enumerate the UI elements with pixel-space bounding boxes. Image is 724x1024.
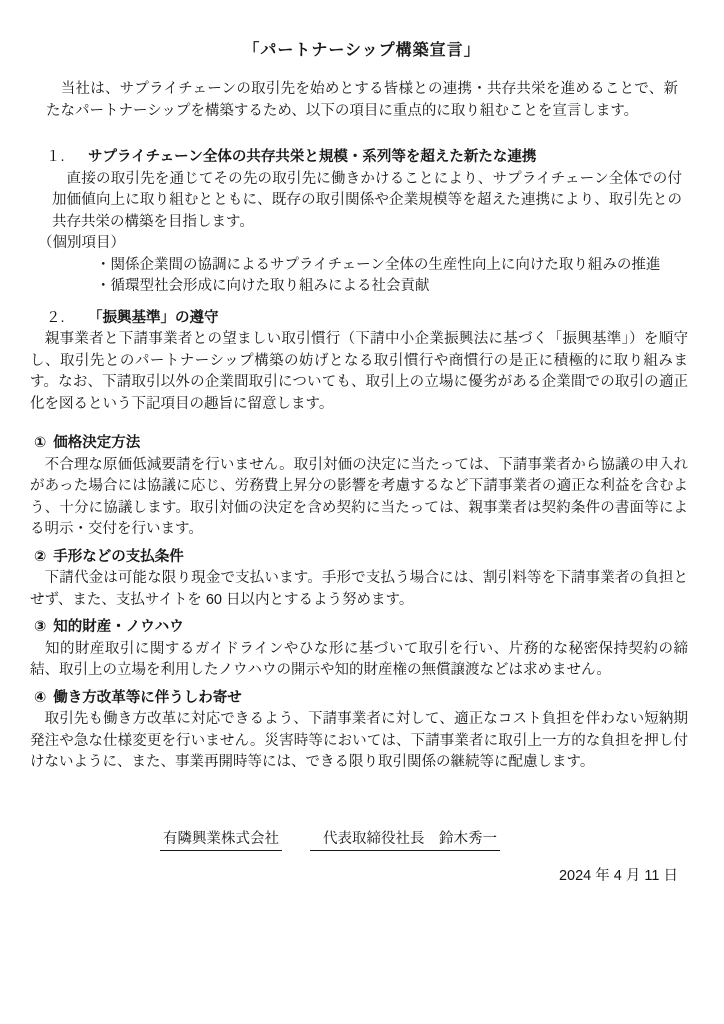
section-1-title: サプライチェーン全体の共存共栄と規模・系列等を超えた新たな連携 <box>88 147 536 169</box>
intro-paragraph: 当社は、サプライチェーンの取引先を始めとする皆様との連携・共存共栄を進めることで… <box>46 79 678 122</box>
page-title: 「パートナーシップ構築宣言」 <box>46 39 678 63</box>
item-1-body: 不合理な原価低減要請を行いません。取引対価の決定に当たっては、下請事業者から協議… <box>30 455 688 541</box>
item-3-heading: ③ 知的財産・ノウハウ <box>34 617 678 639</box>
bullet-item-1: ・関係企業間の協調によるサプライチェーン全体の生産性向上に向けた取り組みの推進 <box>96 255 678 277</box>
item-1-heading: ① 価格決定方法 <box>34 433 678 455</box>
signature-representative: 代表取締役社長 鈴木秀一 <box>310 828 500 851</box>
section-2-heading: ２. 「振興基準」の遵守 <box>46 308 678 330</box>
item-2-title: 手形などの支払条件 <box>53 547 184 569</box>
section-2-number: ２. <box>46 308 88 330</box>
item-3-title: 知的財産・ノウハウ <box>53 617 184 639</box>
section-1-heading: １. サプライチェーン全体の共存共栄と規模・系列等を超えた新たな連携 <box>46 147 678 169</box>
section-2-body: 親事業者と下請事業者との望ましい取引慣行（下請中小企業振興法に基づく「振興基準」… <box>30 329 688 415</box>
document-date: 2024 年 4 月 11 日 <box>46 866 678 888</box>
section-1-body: 直接の取引先を通じてその先の取引先に働きかけることにより、サプライチェーン全体で… <box>52 169 682 234</box>
circled-number-2: ② <box>34 547 46 569</box>
item-3-body: 知的財産取引に関するガイドラインやひな形に基づいて取引を行い、片務的な秘密保持契… <box>30 639 688 682</box>
item-1-title: 価格決定方法 <box>53 433 140 455</box>
item-4-body: 取引先も働き方改革に対応できるよう、下請事業者に対して、適正なコスト負担を伴わな… <box>30 709 688 774</box>
bullet-item-2: ・循環型社会形成に向けた取り組みによる社会貢献 <box>96 276 678 298</box>
item-4-title: 働き方改革等に伴うしわ寄せ <box>53 688 242 710</box>
item-2-heading: ② 手形などの支払条件 <box>34 547 678 569</box>
item-4-heading: ④ 働き方改革等に伴うしわ寄せ <box>34 688 678 710</box>
section-1-number: １. <box>46 147 88 169</box>
item-2-body: 下請代金は可能な限り現金で支払います。手形で支払う場合には、割引料等を下請事業者… <box>30 568 688 611</box>
signature-line: 有隣興業株式会社 代表取締役社長 鈴木秀一 <box>160 828 678 851</box>
declaration-document-page: 「パートナーシップ構築宣言」 当社は、サプライチェーンの取引先を始めとする皆様と… <box>0 0 724 1024</box>
signature-company: 有隣興業株式会社 <box>160 828 282 851</box>
section-2-title: 「振興基準」の遵守 <box>88 308 219 330</box>
circled-number-3: ③ <box>34 617 46 639</box>
circled-number-1: ① <box>34 433 46 455</box>
individual-items-label: （個別項目） <box>38 233 678 255</box>
circled-number-4: ④ <box>34 688 46 710</box>
